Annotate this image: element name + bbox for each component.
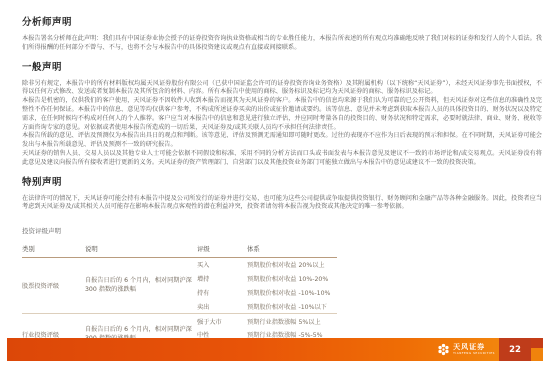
system-value: 预期股价相对收益 -10%以下 [247, 299, 337, 313]
footer-brand-band: 天风证券 TIANFENG SECURITIES 22 [7, 338, 543, 361]
analyst-statement-paragraph: 本报告署名分析师在此声明：我们具有中国证券业协会授予的证券投资咨询执业资格或相当… [22, 35, 542, 53]
description-stock-rating: 自报告日后的 6 个月内，相对同期沪深 300 指数的涨跌幅 [85, 258, 197, 314]
system-value: 预期股价相对收益 -10%-10% [247, 286, 337, 300]
section-analyst-statement: 分析师声明 本报告署名分析师在此声明：我们具有中国证券业协会授予的证券投资咨询执… [22, 17, 542, 53]
header-category: 类别 [22, 241, 85, 258]
header-system: 体系 [247, 241, 337, 258]
rating-value: 买入 [197, 258, 247, 272]
tianfeng-flower-logo-icon [437, 343, 450, 356]
general-statement-paragraph: 本报告所载的意见、评估及预测仅为本报告出具日的观点和判断。该等意见、评估及预测无… [22, 132, 542, 150]
header-description: 说明 [85, 241, 197, 258]
system-value: 预期行业指数涨幅 5%以上 [247, 314, 337, 328]
header-rating: 评级 [197, 241, 247, 258]
rating-table-header-row: 类别 说明 评级 体系 [22, 241, 337, 258]
general-statement-paragraph: 天风证券的销售人员、交易人员以及其他专业人士可能会依据不同假设和标准、采用不同的… [22, 150, 542, 168]
special-statement-paragraph: 在法律许可的情况下，天风证券可能会持有本报告中提及公司所发行的证券并进行交易，也… [22, 195, 542, 213]
page-number-block: 22 [499, 338, 531, 361]
page-content: 分析师声明 本报告署名分析师在此声明：我们具有中国证券业协会授予的证券投资咨询执… [0, 0, 550, 212]
footer-endcap-dark [531, 338, 543, 348]
section-general-statement: 一般声明 除非另有规定，本报告中的所有材料版权均属天风证券股份有限公司（已获中国… [22, 62, 542, 168]
rating-value: 增持 [197, 272, 247, 286]
brand-subtext: TIANFENG SECURITIES [453, 352, 495, 355]
investment-rating-block: 投资评级声明 类别 说明 评级 体系 股票投资评级 自报告日后的 6 个月内，相… [22, 226, 342, 356]
page-number: 22 [509, 345, 521, 355]
rating-value: 强于大市 [197, 314, 247, 328]
category-stock-rating: 股票投资评级 [22, 258, 85, 314]
brand-lockup: 天风证券 TIANFENG SECURITIES [437, 338, 495, 361]
rating-value: 持有 [197, 286, 247, 300]
system-value: 预期股价相对收益 20%以上 [247, 258, 337, 272]
analyst-statement-title: 分析师声明 [22, 17, 542, 28]
rating-table-label: 投资评级声明 [22, 226, 342, 235]
brand-text: 天风证券 TIANFENG SECURITIES [453, 344, 495, 355]
general-statement-title: 一般声明 [22, 62, 542, 73]
special-statement-title: 特别声明 [22, 177, 542, 188]
general-statement-paragraph: 本报告是机密的，仅供我们的客户使用，天风证券不因收件人收到本报告而视其为天风证券… [22, 97, 542, 132]
table-row: 股票投资评级 自报告日后的 6 个月内，相对同期沪深 300 指数的涨跌幅 买入… [22, 258, 337, 272]
brand-name: 天风证券 [453, 344, 495, 351]
rating-value: 卖出 [197, 299, 247, 313]
general-statement-paragraph: 除非另有规定，本报告中的所有材料版权均属天风证券股份有限公司（已获中国证监会许可… [22, 80, 542, 98]
table-row: 行业投资评级 自报告日后的 6 个月内，相对同期沪深 300 指数的涨跌幅 强于… [22, 314, 337, 328]
section-special-statement: 特别声明 在法律许可的情况下，天风证券可能会持有本报告中提及公司所发行的证券并进… [22, 177, 542, 213]
system-value: 预期股价相对收益 10%-20% [247, 272, 337, 286]
report-disclaimer-page: 分析师声明 本报告署名分析师在此声明：我们具有中国证券业协会授予的证券投资咨询执… [0, 0, 550, 368]
